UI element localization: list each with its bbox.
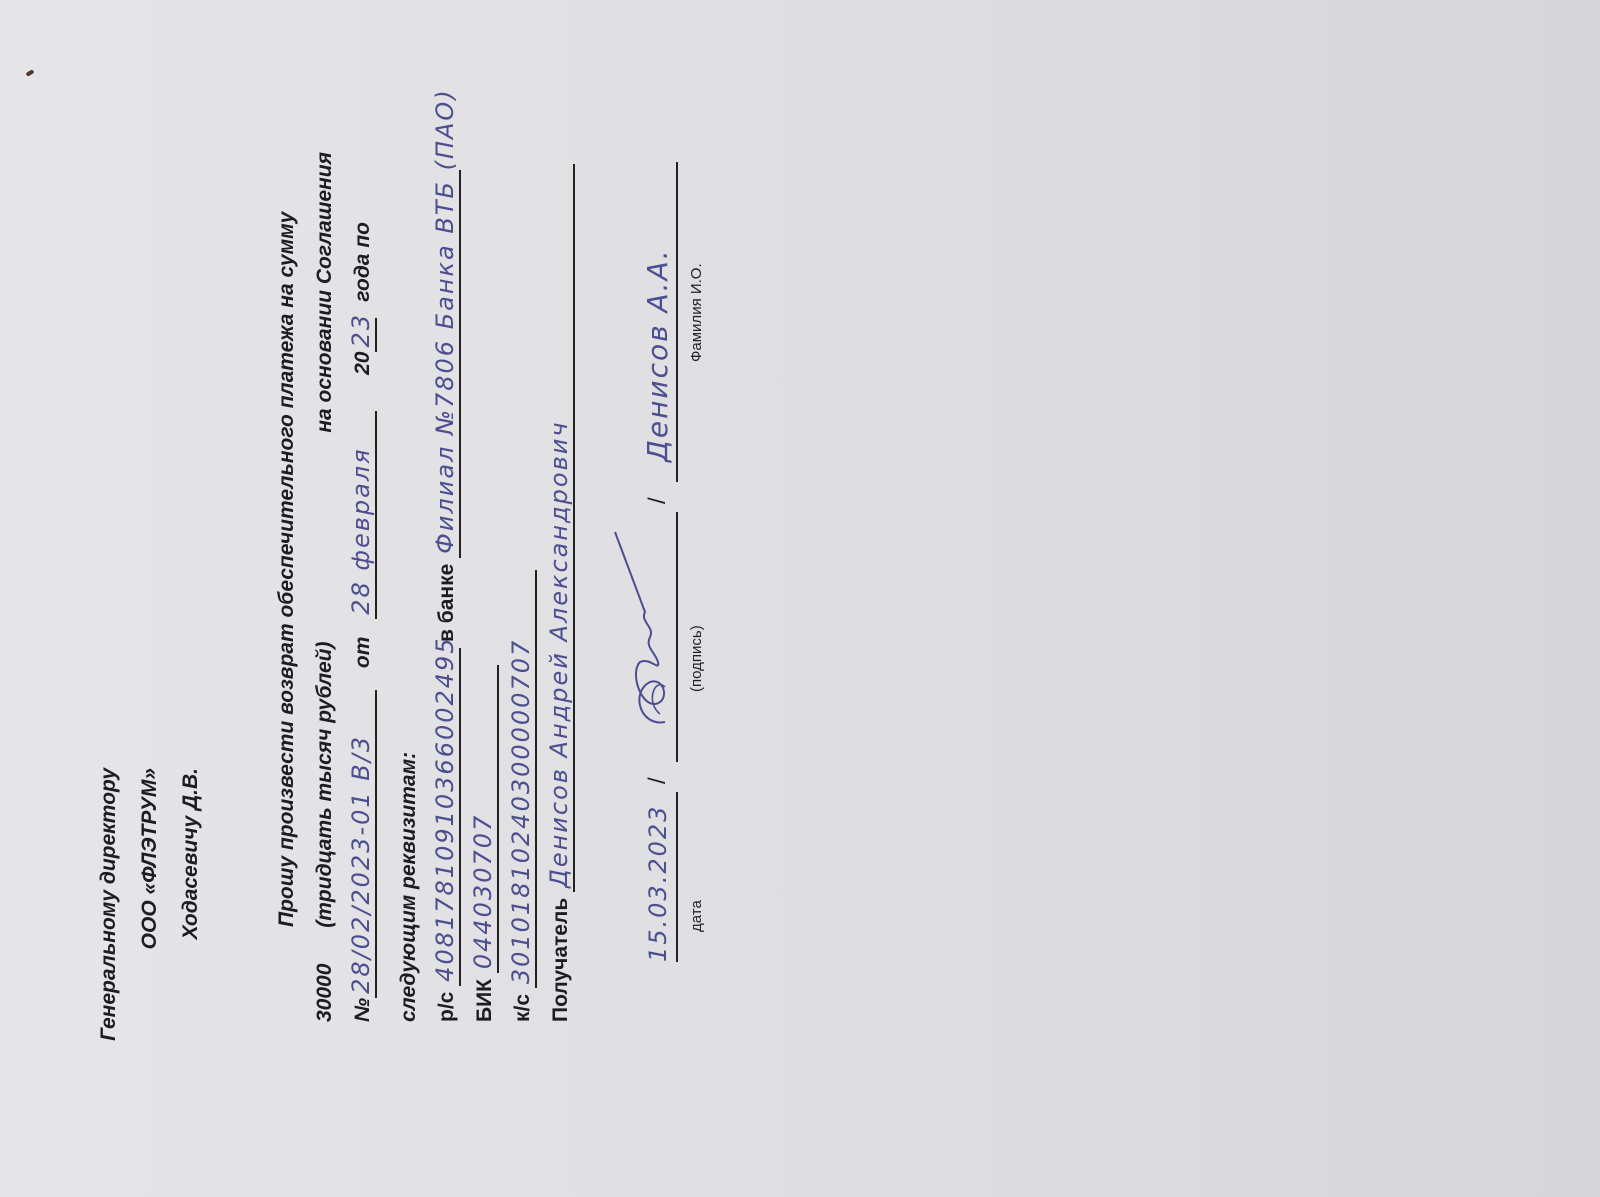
bik-line: БИК 044030707 xyxy=(466,152,504,1022)
signature-caption: (подпись) xyxy=(688,625,705,692)
date-caption: дата xyxy=(688,900,705,932)
addressee-company: ООО «ФЛЭТРУМ» xyxy=(129,768,170,1041)
recipient-label: Получатель xyxy=(549,898,572,1022)
corr-account-field: 30101810240300000707 xyxy=(507,570,537,988)
date-field: 15.03.2023 xyxy=(640,792,678,962)
agreement-date-field: 28 февраля xyxy=(347,411,377,619)
year-field: 23 xyxy=(347,318,377,352)
recipient-line: Получатель Денисов Андрей Александрович xyxy=(542,152,580,1022)
corr-account-line: к/с 30101810240300000707 xyxy=(504,152,542,1022)
account-line: р/с 40817810910366002495 в банке Филиал … xyxy=(428,152,466,1022)
addressee-block: Генеральному директору ООО «ФЛЭТРУМ» Ход… xyxy=(88,768,211,1041)
request-text: Прошу произвести возврат обеспечительног… xyxy=(275,212,298,927)
requisites-intro: следующим реквизитам: xyxy=(390,152,428,1022)
recipient-field: Денисов Андрей Александрович xyxy=(545,164,575,892)
basis-text: на основании Соглашения xyxy=(306,152,344,433)
year-label: года по xyxy=(351,222,374,302)
signature-row: 15.03.2023 дата / (подпись) / Денисов А.… xyxy=(640,162,710,962)
amount-words: (тридцать тысяч рублей) xyxy=(313,642,336,928)
bank-field: Филиал №7806 Банка ВТБ (ПАО) xyxy=(431,170,461,558)
addressee-position: Генеральному директору xyxy=(88,768,129,1041)
number-label: № xyxy=(351,998,374,1022)
request-line-3: №28/02/2023-01 В/3 от 28 февраля 2023 го… xyxy=(344,152,382,1022)
from-label: от xyxy=(351,637,374,669)
bik-label: БИК xyxy=(473,979,496,1022)
corr-label: к/с xyxy=(511,994,534,1022)
signature-scribble-icon xyxy=(610,512,680,732)
addressee-name: Ходасевичу Д.В. xyxy=(170,768,211,1041)
paper-speck xyxy=(26,69,35,76)
request-line-1: Прошу произвести возврат обеспечительног… xyxy=(268,152,306,1022)
request-body: Прошу произвести возврат обеспечительног… xyxy=(268,152,580,1022)
name-caption: Фамилия И.О. xyxy=(688,263,705,362)
request-line-2: 30000 (тридцать тысяч рублей) на основан… xyxy=(306,152,344,1022)
year-prefix: 20 xyxy=(351,352,374,375)
bank-label: в банке xyxy=(435,564,458,642)
separator-2: / xyxy=(644,497,672,504)
bik-field: 044030707 xyxy=(469,665,499,973)
account-label: р/с xyxy=(435,992,458,1022)
name-field: Денисов А.А. xyxy=(640,162,678,482)
agreement-number-field: 28/02/2023-01 В/3 xyxy=(347,690,377,998)
separator-1: / xyxy=(644,777,672,784)
amount-number: 30000 xyxy=(313,964,336,1022)
document-page: Генеральному директору ООО «ФЛЭТРУМ» Ход… xyxy=(0,0,1600,1197)
account-field: 40817810910366002495 xyxy=(431,648,461,986)
